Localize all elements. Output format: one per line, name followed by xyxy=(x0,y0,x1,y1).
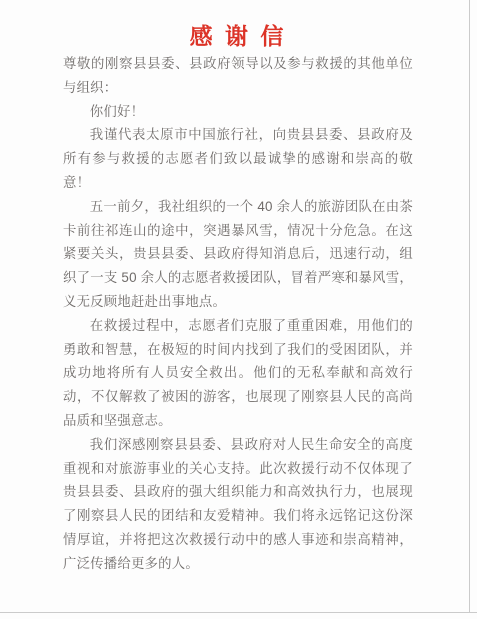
paragraph-salutation: 尊敬的刚察县县委、县政府领导以及参与救援的其他单位与组织： xyxy=(63,52,413,100)
letter-title: 感 谢 信 xyxy=(63,21,413,51)
paragraph-gratitude: 我们深感刚察县县委、县政府对人民生命安全的高度重视和对旅游事业的关心支持。此次救… xyxy=(63,433,413,576)
letter-body: 尊敬的刚察县县委、县政府领导以及参与救援的其他单位与组织： 你们好！ 我谨代表太… xyxy=(63,52,413,576)
paragraph-greeting: 你们好！ xyxy=(63,100,413,124)
paragraph-rescue: 在救援过程中，志愿者们克服了重重困难，用他们的勇敢和智慧，在极短的时间内找到了我… xyxy=(63,314,413,433)
letter-page: 感 谢 信 尊敬的刚察县县委、县政府领导以及参与救援的其他单位与组织： 你们好！… xyxy=(0,0,477,619)
paragraph-incident: 五一前夕，我社组织的一个 40 余人的旅游团队在由茶卡前往祁连山的途中，突遇暴风… xyxy=(63,195,413,314)
page-bottom-edge xyxy=(0,612,477,613)
paragraph-intro: 我谨代表太原市中国旅行社，向贵县县委、县政府及所有参与救援的志愿者们致以最诚挚的… xyxy=(63,123,413,194)
page-right-edge xyxy=(469,0,470,613)
